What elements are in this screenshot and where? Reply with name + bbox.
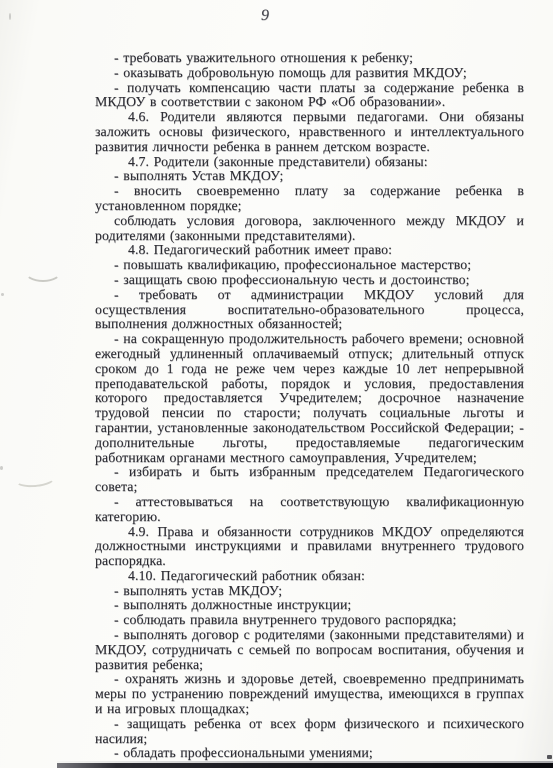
scan-artifact-arc xyxy=(24,260,62,282)
paragraph: - получать компенсацию части платы за со… xyxy=(95,81,524,111)
section-clause-4-7: 4.7. Родители (законные представители) о… xyxy=(95,155,524,170)
section-clause-4-9: 4.9. Права и обязанности сотрудников МКД… xyxy=(95,525,524,569)
paragraph: - требовать уважительного отношения к ре… xyxy=(95,51,524,66)
paragraph: - защищать ребенка от всех форм физическ… xyxy=(95,717,524,747)
paragraph: - соблюдать правила внутреннего трудовог… xyxy=(95,613,524,628)
scanned-document-page: 9 - требовать уважительного отношения к … xyxy=(0,0,553,768)
scan-artifact-speck xyxy=(1,293,4,296)
paragraph: - выполнять должностные инструкции; xyxy=(95,598,524,613)
paragraph: - выполнять Устав МКДОУ; xyxy=(95,169,524,184)
paragraph: соблюдать условия договора, заключенного… xyxy=(95,214,524,244)
paragraph: - избирать и быть избранным председателе… xyxy=(95,465,524,495)
paragraph: - повышать квалификацию, профессионально… xyxy=(95,258,524,273)
paragraph: - охранять жизнь и здоровье детей, своев… xyxy=(95,672,524,716)
section-clause-4-6: 4.6. Родители являются первыми педагогам… xyxy=(95,110,524,154)
paragraph: - на сокращенную продолжительность рабоч… xyxy=(95,332,524,465)
paragraph: - требовать от администрации МКДОУ услов… xyxy=(95,288,524,332)
page-number: 9 xyxy=(261,7,269,25)
paragraph: - обладать профессиональными умениями; xyxy=(95,746,524,761)
paragraph: - выполнять договор с родителями (законн… xyxy=(95,628,524,672)
paragraph: - оказывать добровольную помощь для разв… xyxy=(95,66,524,81)
paragraph: - вносить своевременно плату за содержан… xyxy=(95,184,524,214)
scan-artifact-speck xyxy=(9,13,11,20)
paragraph: - выполнять устав МКДОУ; xyxy=(95,584,524,599)
section-clause-4-8: 4.8. Педагогический работник имеет право… xyxy=(95,243,524,258)
scan-artifact-arc xyxy=(13,468,56,489)
scan-artifact-speck xyxy=(547,755,552,759)
document-body: - требовать уважительного отношения к ре… xyxy=(95,51,524,761)
paragraph: - аттестовываться на соответствующую ква… xyxy=(95,495,524,525)
scan-artifact-speck xyxy=(0,466,3,470)
section-clause-4-10: 4.10. Педагогический работник обязан: xyxy=(95,569,524,584)
paragraph: - защищать свою профессиональную честь и… xyxy=(95,273,524,288)
scan-edge-band xyxy=(57,763,553,768)
